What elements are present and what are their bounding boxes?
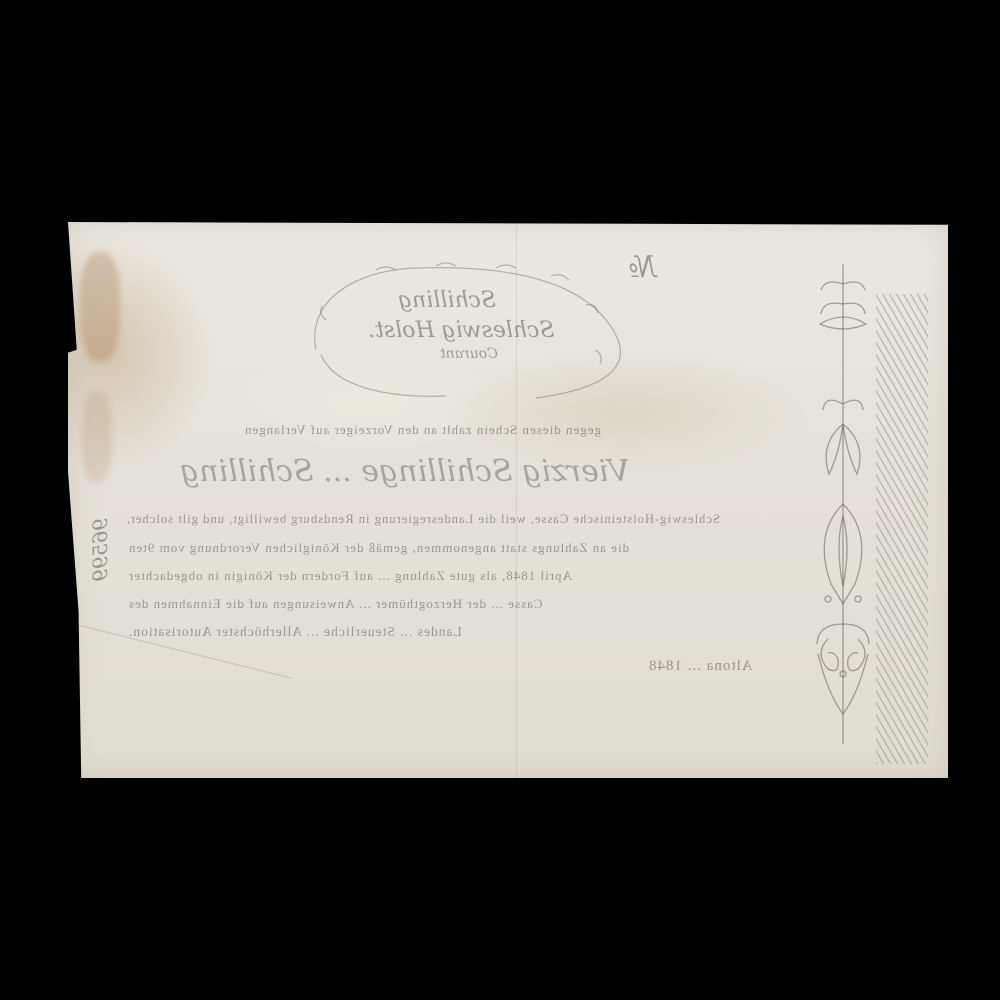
promise-line: gegen diesen Schein zahlt an den Vorzeig… <box>244 422 601 438</box>
wreath-line-1: Schilling <box>398 288 496 313</box>
body-line-3: April 1848, als gute Zahlung ... auf For… <box>128 568 572 584</box>
place-date: Altona ... 1848 <box>648 658 753 675</box>
floral-border-ornament-icon <box>808 254 878 754</box>
handwritten-serial: 96599 <box>88 518 112 582</box>
body-line-4: Casse ... der Herzogthümer ... Anweisung… <box>128 596 543 612</box>
body-line-5: Landes ... Steuerliche ... Allerhöchster… <box>128 624 462 640</box>
wreath-line-2: Schleswig Holst. <box>368 318 554 343</box>
amount-line: Vierzig Schillinge ... Schilling <box>180 454 630 489</box>
body-line-2: die an Zahlungs statt angenommen, gemäß … <box>128 540 629 556</box>
body-line-1: Schleswig-Holsteinische Casse, weil die … <box>126 512 720 527</box>
banknote-paper: № Schilling Schleswig Holst. Courant geg… <box>68 222 948 778</box>
age-stain <box>82 392 112 482</box>
security-hatch-panel <box>876 294 928 764</box>
age-stain <box>80 252 120 362</box>
number-prefix: № <box>628 250 656 285</box>
wreath-line-3: Courant <box>440 346 498 362</box>
